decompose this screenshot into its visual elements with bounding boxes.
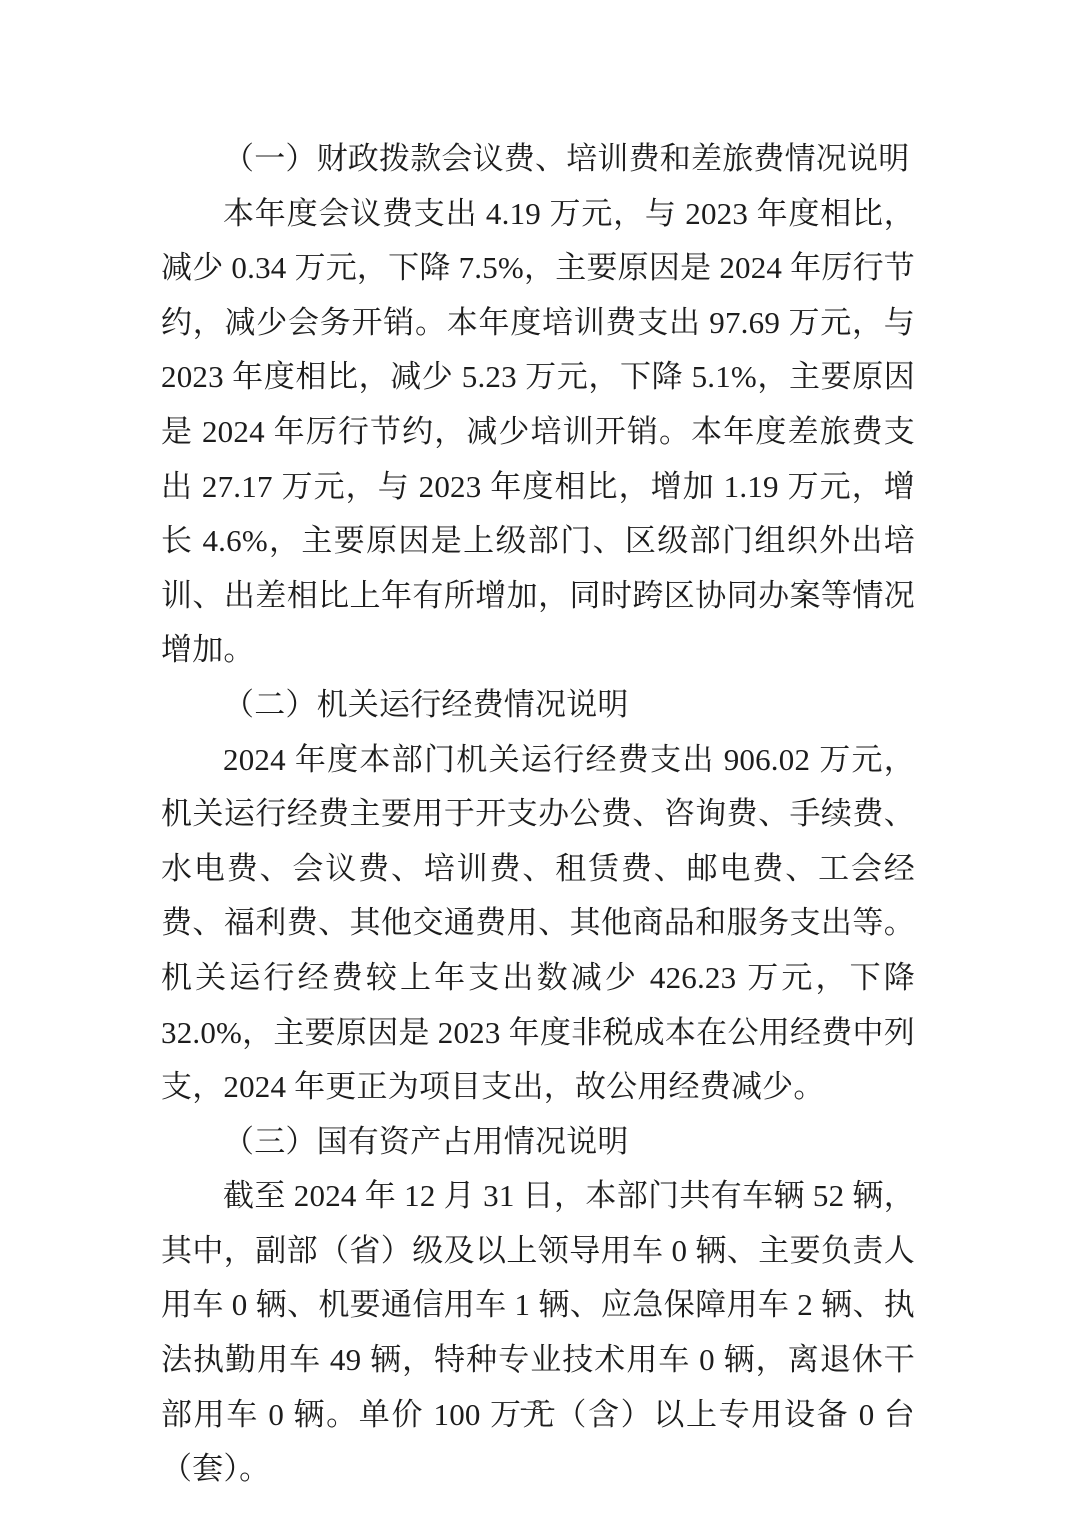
section-heading-3: （三）国有资产占用情况说明 [161,1115,915,1170]
section-paragraph-1: 本年度会议费支出 4.19 万元，与 2023 年度相比，减少 0.34 万元，… [161,187,915,678]
document-page: （一）财政拨款会议费、培训费和差旅费情况说明 本年度会议费支出 4.19 万元，… [0,0,1075,1520]
section-heading-2: （二）机关运行经费情况说明 [161,678,915,733]
section-fiscal-meeting-training-travel-fees: （一）财政拨款会议费、培训费和差旅费情况说明 本年度会议费支出 4.19 万元，… [161,132,915,678]
section-state-owned-assets: （三）国有资产占用情况说明 截至 2024 年 12 月 31 日，本部门共有车… [161,1115,915,1497]
page-footer: - 8 - [0,1392,1075,1422]
section-agency-operating-costs: （二）机关运行经费情况说明 2024 年度本部门机关运行经费支出 906.02 … [161,678,915,1115]
section-paragraph-2: 2024 年度本部门机关运行经费支出 906.02 万元，机关运行经费主要用于开… [161,733,915,1115]
page-number: - 8 - [520,1395,555,1419]
section-heading-1: （一）财政拨款会议费、培训费和差旅费情况说明 [161,132,915,187]
document-content: （一）财政拨款会议费、培训费和差旅费情况说明 本年度会议费支出 4.19 万元，… [161,132,915,1497]
section-paragraph-3: 截至 2024 年 12 月 31 日，本部门共有车辆 52 辆，其中，副部（省… [161,1169,915,1497]
